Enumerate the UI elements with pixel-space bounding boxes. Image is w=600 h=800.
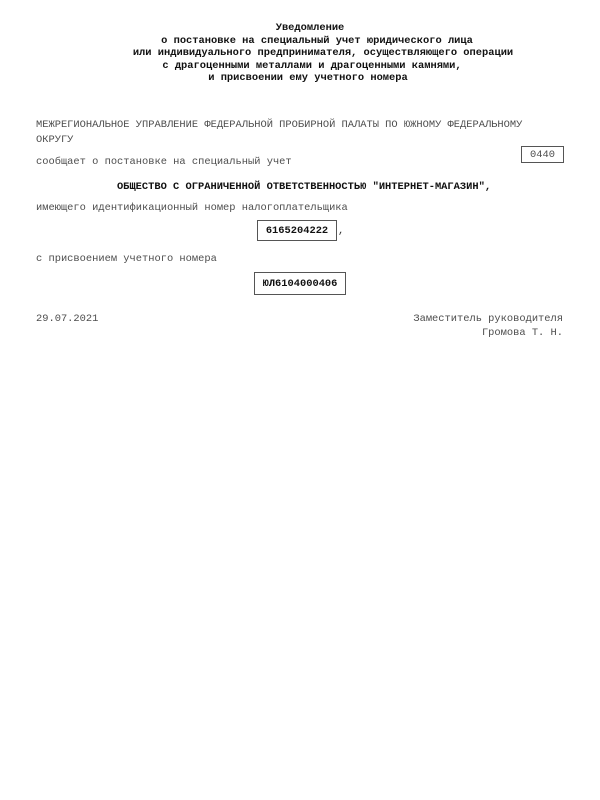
- organization-code-box: 0440: [521, 146, 564, 163]
- heading-line: и присвоении ему учетного номера: [16, 72, 600, 85]
- company-name: ОБЩЕСТВО С ОГРАНИЧЕННОЙ ОТВЕТСТВЕННОСТЬЮ…: [0, 181, 600, 193]
- issuing-organization-line-2: ОКРУГУ: [36, 134, 73, 146]
- document-date: 29.07.2021: [36, 313, 98, 325]
- account-number-box: ЮЛ6104000406: [254, 272, 346, 295]
- signatory-name: Громова Т. Н.: [482, 327, 563, 339]
- reports-registration-text: сообщает о постановке на специальный уче…: [36, 156, 292, 168]
- heading-line: или индивидуального предпринимателя, осу…: [46, 47, 600, 60]
- inn-value-box: 6165204222: [257, 220, 337, 241]
- issuing-organization-line-1: МЕЖРЕГИОНАЛЬНОЕ УПРАВЛЕНИЕ ФЕДЕРАЛЬНОЙ П…: [36, 119, 522, 131]
- account-number-label: с присвоением учетного номера: [36, 253, 217, 265]
- document-heading: Уведомление о постановке на специальный …: [0, 22, 600, 85]
- heading-line: о постановке на специальный учет юридиче…: [34, 35, 600, 48]
- heading-title: Уведомление: [20, 22, 600, 35]
- inn-label: имеющего идентификационный номер налогоп…: [36, 202, 348, 214]
- signatory-position: Заместитель руководителя: [413, 313, 563, 325]
- heading-line: с драгоценными металлами и драгоценными …: [24, 60, 600, 73]
- inn-comma: ,: [338, 225, 344, 237]
